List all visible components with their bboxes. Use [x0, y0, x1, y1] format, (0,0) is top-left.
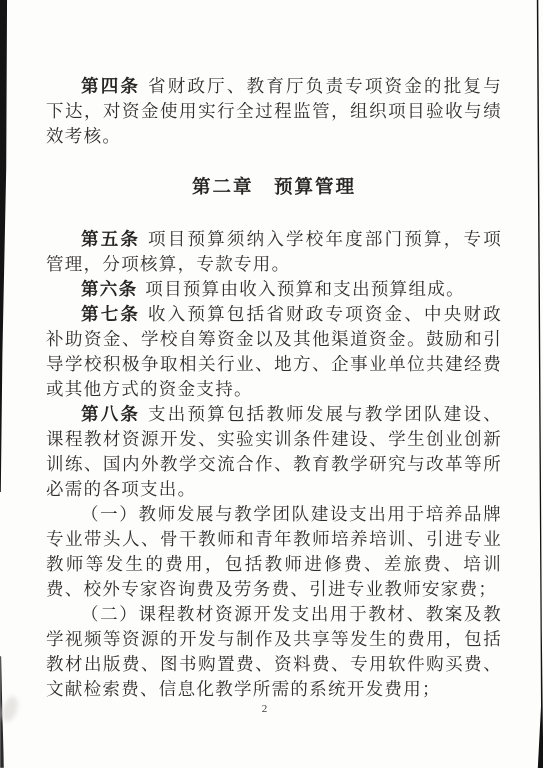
clause-text: （二）课程教材资源开发支出用于教材、教案及教学视频等资源的开发与制作及共享等发生… [46, 604, 502, 699]
scan-edge-artifact-right [533, 0, 543, 768]
page-number: 2 [0, 703, 543, 715]
clause-paragraph-1: （一）教师发展与教学团队建设支出用于培养品牌专业带头人、骨干教师和青年教师培养培… [46, 502, 502, 602]
article-paragraph-6: 第六条项目预算由收入预算和支出预算组成。 [46, 277, 502, 302]
article-number-label: 第八条 [81, 404, 140, 424]
scanned-document-page: 第四条省财政厅、教育厅负责专项资金的批复与下达，对资金使用实行全过程监管，组织项… [0, 0, 543, 768]
chapter-heading: 第二章 预算管理 [46, 176, 502, 201]
article-number-label: 第五条 [81, 229, 140, 249]
clause-paragraph-2: （二）课程教材资源开发支出用于教材、教案及教学视频等资源的开发与制作及共享等发生… [46, 602, 502, 702]
article-number-label: 第四条 [81, 76, 140, 96]
document-body: 第四条省财政厅、教育厅负责专项资金的批复与下达，对资金使用实行全过程监管，组织项… [46, 74, 502, 702]
article-paragraph-5: 第五条项目预算须纳入学校年度部门预算，专项管理，分项核算，专款专用。 [46, 227, 502, 277]
scan-edge-artifact-left [0, 0, 8, 492]
article-paragraph-4: 第四条省财政厅、教育厅负责专项资金的批复与下达，对资金使用实行全过程监管，组织项… [46, 74, 502, 149]
article-paragraph-7: 第七条收入预算包括省财政专项资金、中央财政补助资金、学校自筹资金以及其他渠道资金… [46, 302, 502, 402]
article-text: 项目预算由收入预算和支出预算组成。 [145, 279, 465, 299]
clause-text: （一）教师发展与教学团队建设支出用于培养品牌专业带头人、骨干教师和青年教师培养培… [46, 504, 502, 599]
article-paragraph-8: 第八条支出预算包括教师发展与教学团队建设、课程教材资源开发、实验实训条件建设、学… [46, 402, 502, 502]
article-number-label: 第六条 [81, 279, 137, 299]
article-number-label: 第七条 [81, 304, 140, 324]
